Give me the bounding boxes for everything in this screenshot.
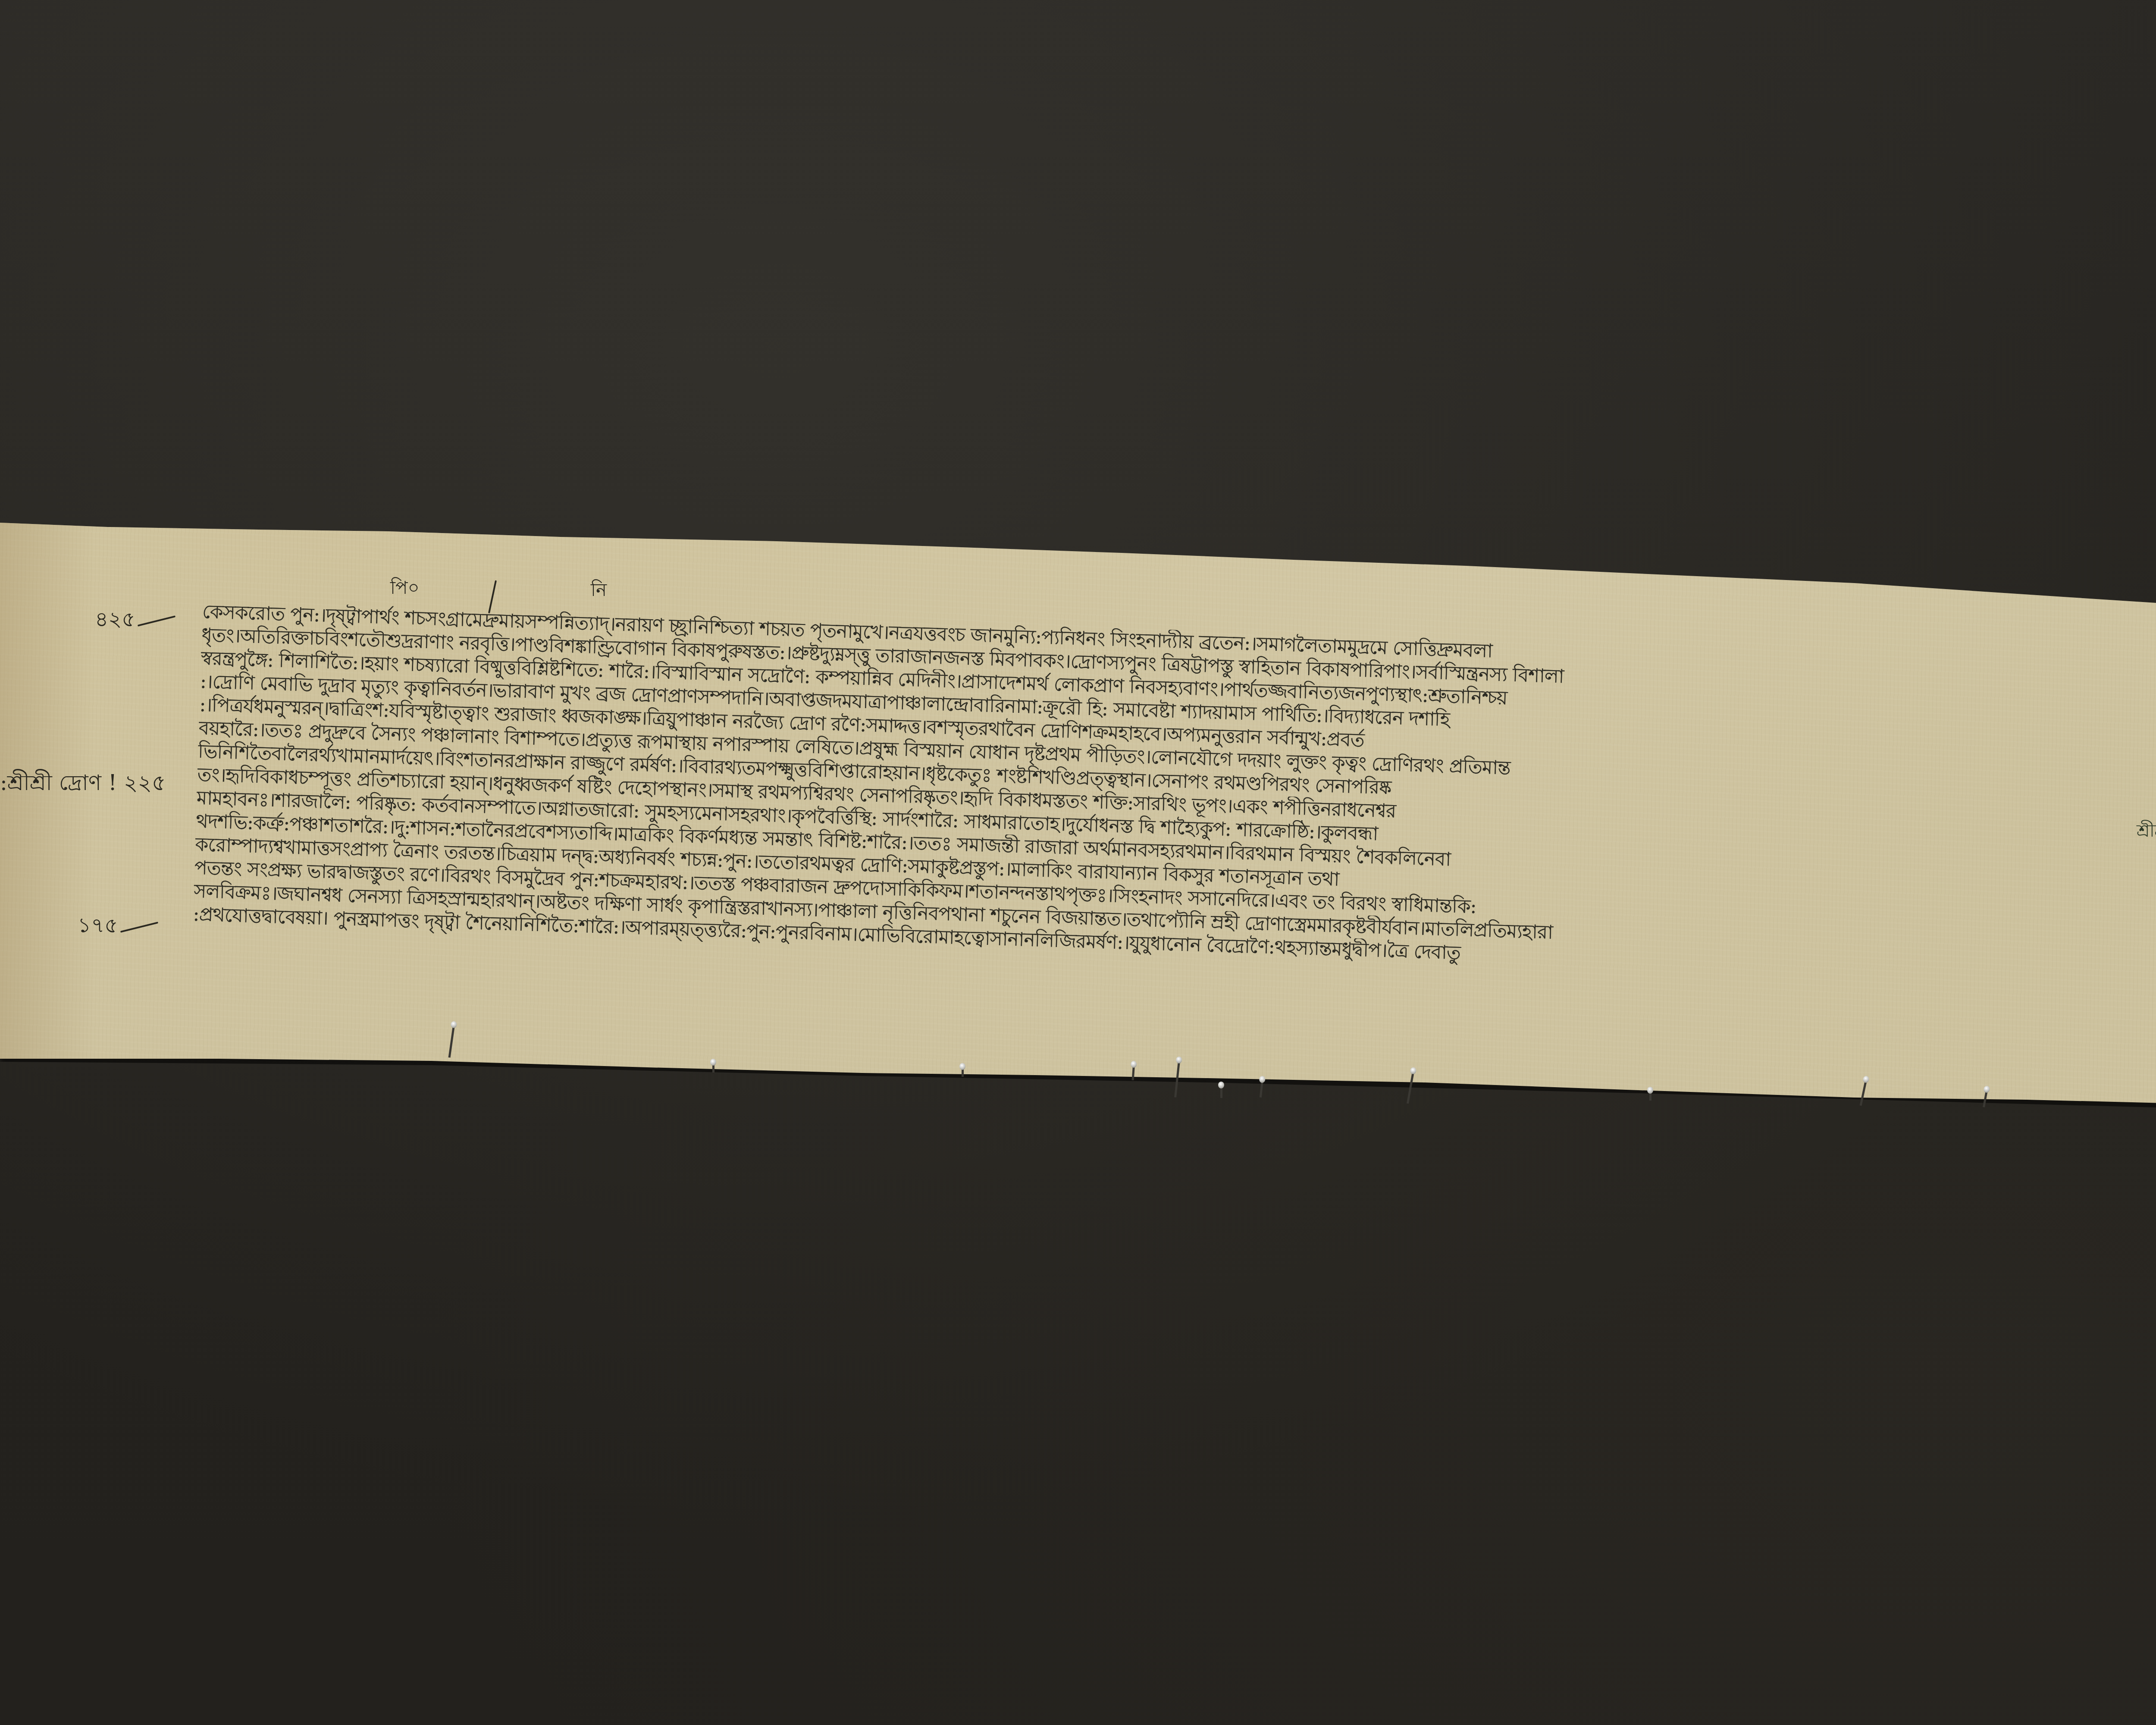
pin-icon xyxy=(962,1067,964,1077)
pin-head xyxy=(710,1059,716,1066)
pin-head xyxy=(1647,1087,1653,1094)
pin-icon xyxy=(1220,1086,1222,1098)
left-title-note: :শ্রীশ্রী দ্রোণ ! ২২৫ xyxy=(0,767,166,803)
title-note-text: :শ্রীশ্রী দ্রোণ ! ২২৫ xyxy=(0,770,166,795)
top-mark-left: পি০ xyxy=(390,574,420,604)
right-title-note: শ্রীশ্রী দ্রোণপর্ব: xyxy=(2137,817,2156,846)
pin-icon xyxy=(1649,1091,1651,1101)
pin-icon xyxy=(712,1063,714,1073)
title-note-text: শ্রীশ্রী দ্রোণপর্ব: xyxy=(2137,821,2156,841)
pin-head xyxy=(959,1063,965,1070)
pin-head xyxy=(1218,1082,1224,1088)
folio-flourish xyxy=(120,922,158,933)
folio-number-text: ১৭৫ xyxy=(78,913,118,938)
left-folio-number-bottom: ১৭৫ xyxy=(78,910,159,944)
manuscript-text-block: কেসকরোত পুন:।দৃষ্ট্বাপার্থং শচসংগ্রামেদ্… xyxy=(191,600,2125,1047)
folio-number-text: ৪২৫ xyxy=(95,607,135,631)
left-folio-number-top: ৪২৫ xyxy=(95,604,176,638)
folio-flourish xyxy=(137,615,175,627)
top-mark-right: নি xyxy=(591,576,607,606)
